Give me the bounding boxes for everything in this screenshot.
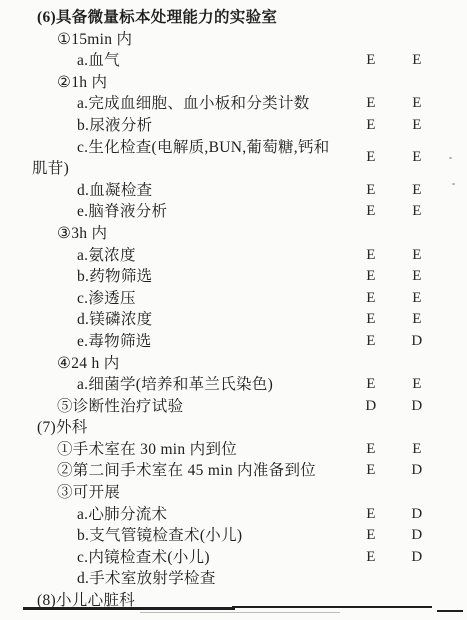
list-item: b.支气管镜检查术(小儿)ED (0, 525, 440, 547)
rating-column-2: E (394, 50, 440, 72)
scan-speck (452, 183, 455, 185)
rating-column-1 (348, 29, 394, 51)
item-text: ③3h 内 (0, 223, 348, 245)
bottom-rule-segment (437, 610, 463, 612)
rating-column-2 (394, 417, 440, 439)
item-text: a.细菌学(培养和革兰氏染色) (0, 374, 348, 396)
item-text: a.血气 (0, 50, 348, 72)
rating-column-1: D (348, 396, 394, 418)
list-item: c.内镜检查术(小儿)ED (0, 547, 440, 569)
list-item: a.细菌学(培养和革兰氏染色)EE (0, 374, 440, 396)
list-item: d.镁磷浓度EE (0, 309, 440, 331)
rating-column-1 (348, 568, 394, 590)
rating-column-1 (348, 7, 394, 29)
rating-column-2: E (394, 266, 440, 288)
rating-column-1: E (348, 547, 394, 569)
list-item: a.血气EE (0, 50, 440, 72)
item-text: c.内镜检查术(小儿) (0, 547, 348, 569)
list-item: d.手术室放射学检查 (0, 568, 440, 590)
rating-column-1 (348, 482, 394, 504)
rating-column-2 (394, 72, 440, 94)
list-item: ④24 h 内 (0, 353, 440, 375)
rating-column-1 (348, 72, 394, 94)
rating-column-2: D (394, 331, 440, 353)
rating-column-2 (394, 353, 440, 375)
rating-column-2: E (394, 288, 440, 310)
rating-column-1: E (348, 115, 394, 137)
item-text: ②第二间手术室在 45 min 内准备到位 (0, 460, 348, 482)
rating-column-2: E (394, 309, 440, 331)
list-item: c.渗透压EE (0, 288, 440, 310)
rating-column-2: E (394, 115, 440, 137)
item-text: ①手术室在 30 min 内到位 (0, 439, 348, 461)
list-item: d.血凝检查EE (0, 180, 440, 202)
item-text-line1: c.生化检查(电解质,BUN,葡萄糖,钙和 (32, 137, 348, 159)
rating-column-2: E (394, 180, 440, 202)
list-item: ②第二间手术室在 45 min 内准备到位ED (0, 460, 440, 482)
item-text: d.镁磷浓度 (0, 309, 348, 331)
rating-column-1: E (348, 50, 394, 72)
item-text: ③可开展 (0, 482, 348, 504)
list-item: a.氨浓度EE (0, 245, 440, 267)
rating-column-1 (348, 417, 394, 439)
list-item: (7)外科 (0, 417, 440, 439)
rating-column-1: E (348, 180, 394, 202)
bottom-rule-echo (140, 612, 340, 613)
item-text: e.毒物筛选 (0, 331, 348, 353)
rating-column-1: E (348, 93, 394, 115)
list-item: e.脑脊液分析EE (0, 201, 440, 223)
rating-column-1: E (348, 525, 394, 547)
rating-column-1: E (348, 309, 394, 331)
rating-column-1: E (348, 245, 394, 267)
rating-column-1: E (348, 374, 394, 396)
rating-column-2 (394, 223, 440, 245)
rating-column-1: E (348, 439, 394, 461)
item-text: a.心肺分流术 (0, 504, 348, 526)
list-item: c.生化检查(电解质,BUN,葡萄糖,钙和肌苷)EE (0, 137, 440, 180)
list-item: a.心肺分流术ED (0, 504, 440, 526)
rating-column-2: D (394, 460, 440, 482)
rating-column-2: D (394, 396, 440, 418)
rating-column-2: E (394, 439, 440, 461)
list-item: ⑤诊断性治疗试验DD (0, 396, 440, 418)
item-text: e.脑脊液分析 (0, 201, 348, 223)
list-item: a.完成血细胞、血小板和分类计数EE (0, 93, 440, 115)
item-text: b.药物筛选 (0, 266, 348, 288)
item-text: ⑤诊断性治疗试验 (0, 396, 348, 418)
rating-column-2 (394, 568, 440, 590)
bottom-rule-segment (232, 606, 432, 609)
item-text: b.支气管镜检查术(小儿) (0, 525, 348, 547)
rating-column-2: E (394, 245, 440, 267)
rating-column-1: E (348, 460, 394, 482)
rating-column-1 (348, 223, 394, 245)
item-text: c.渗透压 (0, 288, 348, 310)
list-item: b.药物筛选EE (0, 266, 440, 288)
item-text: d.血凝检查 (0, 180, 348, 202)
item-text: b.尿液分析 (0, 115, 348, 137)
item-text: a.完成血细胞、血小板和分类计数 (0, 93, 348, 115)
document-rows: (6)具备微量标本处理能力的实验室①15min 内a.血气EE②1h 内a.完成… (0, 7, 467, 612)
rating-column-1 (348, 353, 394, 375)
rating-column-2: D (394, 547, 440, 569)
rating-column-2 (394, 7, 440, 29)
list-item: ③3h 内 (0, 223, 440, 245)
rating-column-2: E (394, 374, 440, 396)
rating-column-1: E (348, 504, 394, 526)
rating-column-2 (394, 29, 440, 51)
rating-column-2: D (394, 504, 440, 526)
rating-column-2: E (394, 201, 440, 223)
bottom-rule-segment (23, 607, 235, 610)
rating-column-1: E (348, 331, 394, 353)
list-item: ②1h 内 (0, 72, 440, 94)
item-text: a.氨浓度 (0, 245, 348, 267)
list-item: e.毒物筛选ED (0, 331, 440, 353)
item-text: ②1h 内 (0, 72, 348, 94)
scanned-document-page: (6)具备微量标本处理能力的实验室①15min 内a.血气EE②1h 内a.完成… (0, 0, 467, 620)
list-item: (6)具备微量标本处理能力的实验室 (0, 7, 440, 29)
rating-column-1: E (348, 147, 394, 169)
rating-column-1: E (348, 266, 394, 288)
list-item: ①15min 内 (0, 29, 440, 51)
item-text-line2: 肌苷) (32, 158, 348, 180)
list-item: b.尿液分析EE (0, 115, 440, 137)
list-item: ③可开展 (0, 482, 440, 504)
list-item: ①手术室在 30 min 内到位EE (0, 439, 440, 461)
rating-column-2: D (394, 525, 440, 547)
rating-column-2: E (394, 147, 440, 169)
item-text: c.生化检查(电解质,BUN,葡萄糖,钙和肌苷) (0, 137, 348, 180)
scan-speck (449, 157, 452, 159)
item-text: ①15min 内 (0, 29, 348, 51)
item-text: (7)外科 (0, 417, 348, 439)
rating-column-2 (394, 482, 440, 504)
rating-column-2: E (394, 93, 440, 115)
item-text: d.手术室放射学检查 (0, 568, 348, 590)
rating-column-1: E (348, 201, 394, 223)
rating-column-1: E (348, 288, 394, 310)
item-text: ④24 h 内 (0, 353, 348, 375)
item-text: (6)具备微量标本处理能力的实验室 (0, 7, 348, 29)
